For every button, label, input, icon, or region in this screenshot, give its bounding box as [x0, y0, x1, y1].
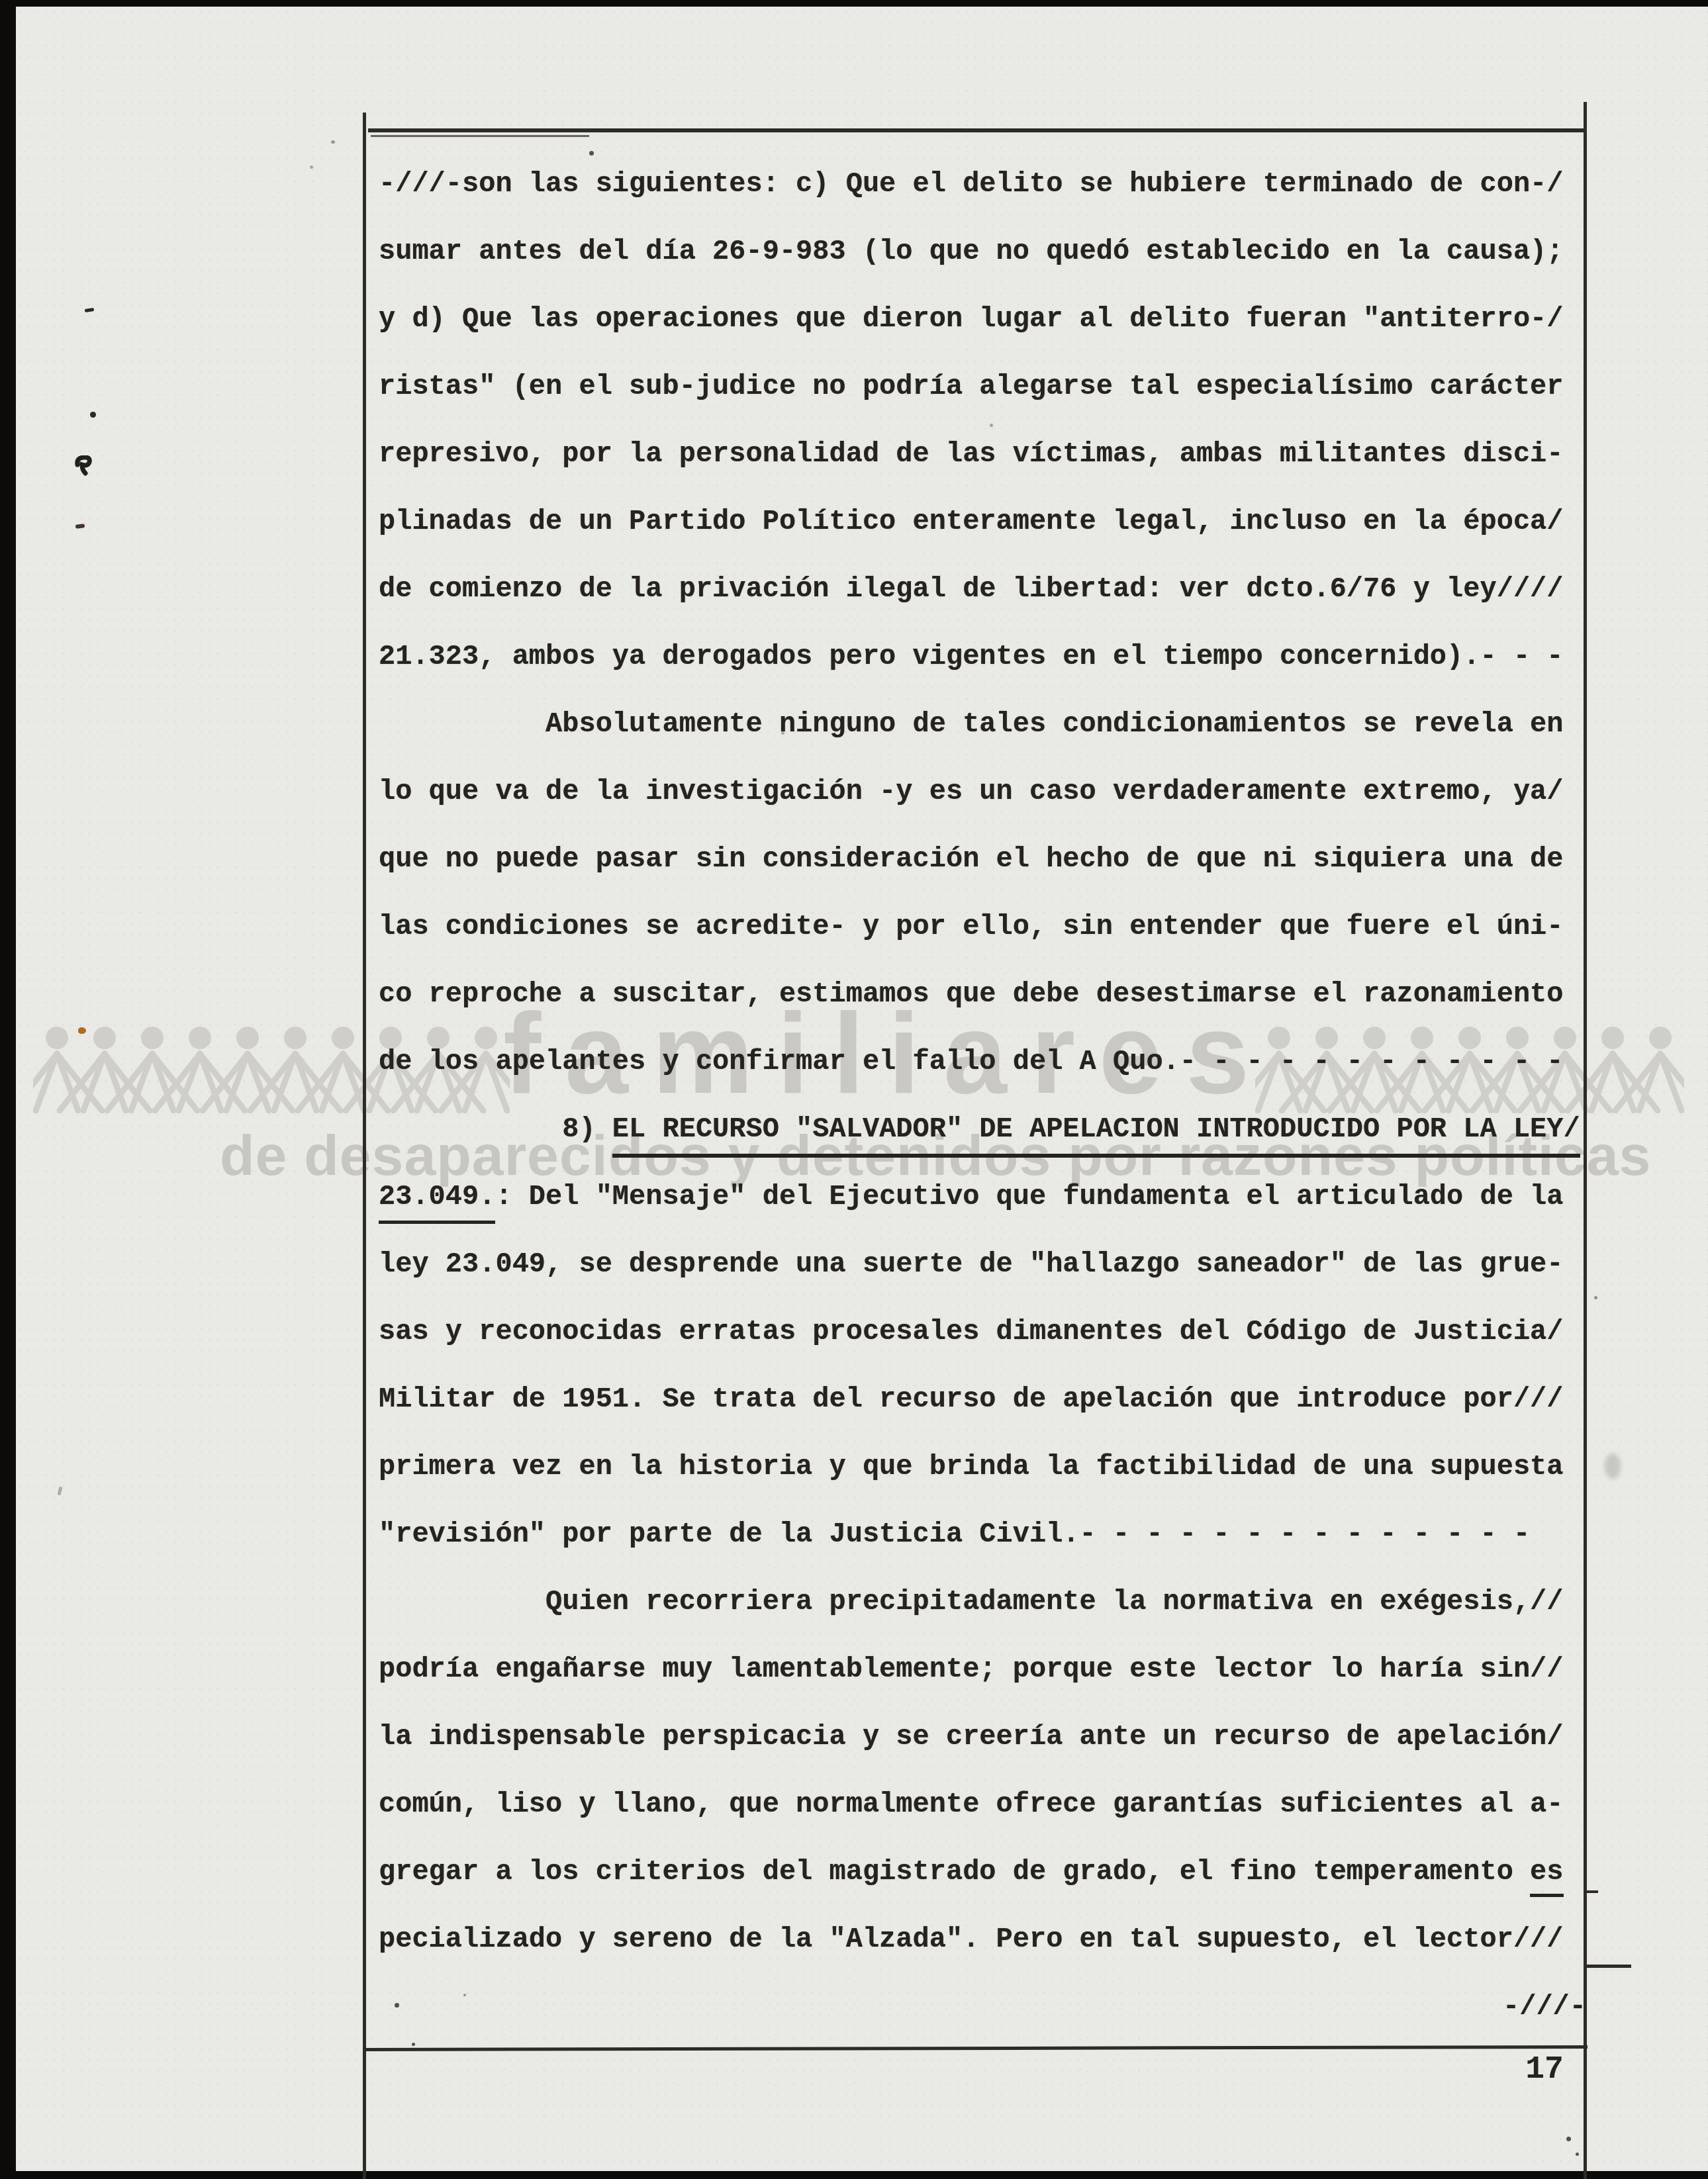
typed-line: -///-son las siguientes: c) Que el delit…: [379, 150, 1586, 218]
typed-line: la indispensable perspicacia y se creerí…: [379, 1703, 1586, 1771]
scan-smudge: [1605, 1454, 1621, 1479]
typed-text-block: -///-son las siguientes: c) Que el delit…: [379, 150, 1586, 2041]
typed-line: Militar de 1951. Se trata del recurso de…: [379, 1366, 1586, 1433]
typed-line: que no puede pasar sin consideración el …: [379, 825, 1586, 893]
typed-line paragraph-start: Quien recorriera precipitadamente la nor…: [379, 1568, 1586, 1636]
typed-line-main: gregar a los criterios del magistrado de…: [379, 1856, 1530, 1888]
top-header-rule-echo: [371, 135, 589, 137]
top-header-rule: [368, 128, 1587, 132]
typed-line: común, liso y llano, que normalmente ofr…: [379, 1771, 1586, 1838]
left-margin-rule: [363, 113, 366, 2179]
typed-line: lo que va de la investigación -y es un c…: [379, 758, 1586, 825]
typed-line: plinadas de un Partido Político enterame…: [379, 488, 1586, 555]
typed-line: 21.323, ambos ya derogados pero vigentes…: [379, 623, 1586, 690]
typed-line: sas y reconocidas erratas procesales dim…: [379, 1298, 1586, 1366]
page-number: 17: [1515, 2051, 1574, 2089]
margin-ink-dot: [90, 412, 96, 418]
typed-line: co reproche a suscitar, estimamos que de…: [379, 960, 1586, 1028]
typed-line: sumar antes del día 26-9-983 (lo que no …: [379, 218, 1586, 285]
ink-speck: [1576, 2153, 1579, 2156]
typed-line: de los apelantes y confirmar el fallo de…: [379, 1028, 1586, 1095]
law-reference-line: 23.049.: Del "Mensaje" del Ejecutivo que…: [379, 1163, 1586, 1230]
section-heading-underlined: EL RECURSO "SALVADOR" DE APELACION INTRO…: [612, 1113, 1580, 1158]
typed-line: gregar a los criterios del magistrado de…: [379, 1838, 1586, 1906]
right-margin-tick: [1585, 1965, 1631, 1968]
section-number: 8): [379, 1113, 612, 1145]
margin-ink-comma: [74, 455, 97, 478]
rust-speck: [78, 1027, 86, 1034]
typed-line: ley 23.049, se desprende una suerte de "…: [379, 1230, 1586, 1298]
section-heading-line: 8) EL RECURSO "SALVADOR" DE APELACION IN…: [379, 1095, 1586, 1163]
typed-line: pecializado y sereno de la "Alzada". Per…: [379, 1906, 1586, 1973]
typed-line: ristas" (en el sub-judice no podría aleg…: [379, 353, 1586, 420]
typed-line: represivo, por la personalidad de las ví…: [379, 420, 1586, 488]
hyphen-underline-tick: [1585, 1890, 1598, 1893]
ink-speck: [1594, 1296, 1597, 1299]
ink-speck: [331, 140, 335, 144]
law-number-underlined: 23.049.: [379, 1181, 495, 1224]
ink-speck: [412, 2043, 415, 2046]
typed-line: "revisión" por parte de la Justicia Civi…: [379, 1501, 1586, 1568]
typed-line paragraph-start: Absolutamente ninguno de tales condicion…: [379, 690, 1586, 758]
hyphen-carry-underlined: es: [1530, 1856, 1563, 1897]
law-line-rest: : Del "Mensaje" del Ejecutivo que fundam…: [495, 1181, 1563, 1213]
typed-line: y d) Que las operaciones que dieron luga…: [379, 285, 1586, 353]
typed-line: las condiciones se acredite- y por ello,…: [379, 893, 1586, 960]
typed-line: de comienzo de la privación ilegal de li…: [379, 555, 1586, 623]
ink-speck: [1566, 2137, 1571, 2141]
scanned-document-page: familiares de desaparecidos y detenidos …: [0, 0, 1708, 2179]
ink-speck: [310, 165, 313, 169]
continuation-mark: -///-: [379, 1973, 1586, 2041]
typed-line: podría engañarse muy lamentablemente; po…: [379, 1636, 1586, 1703]
typed-line: primera vez en la historia y que brinda …: [379, 1433, 1586, 1501]
